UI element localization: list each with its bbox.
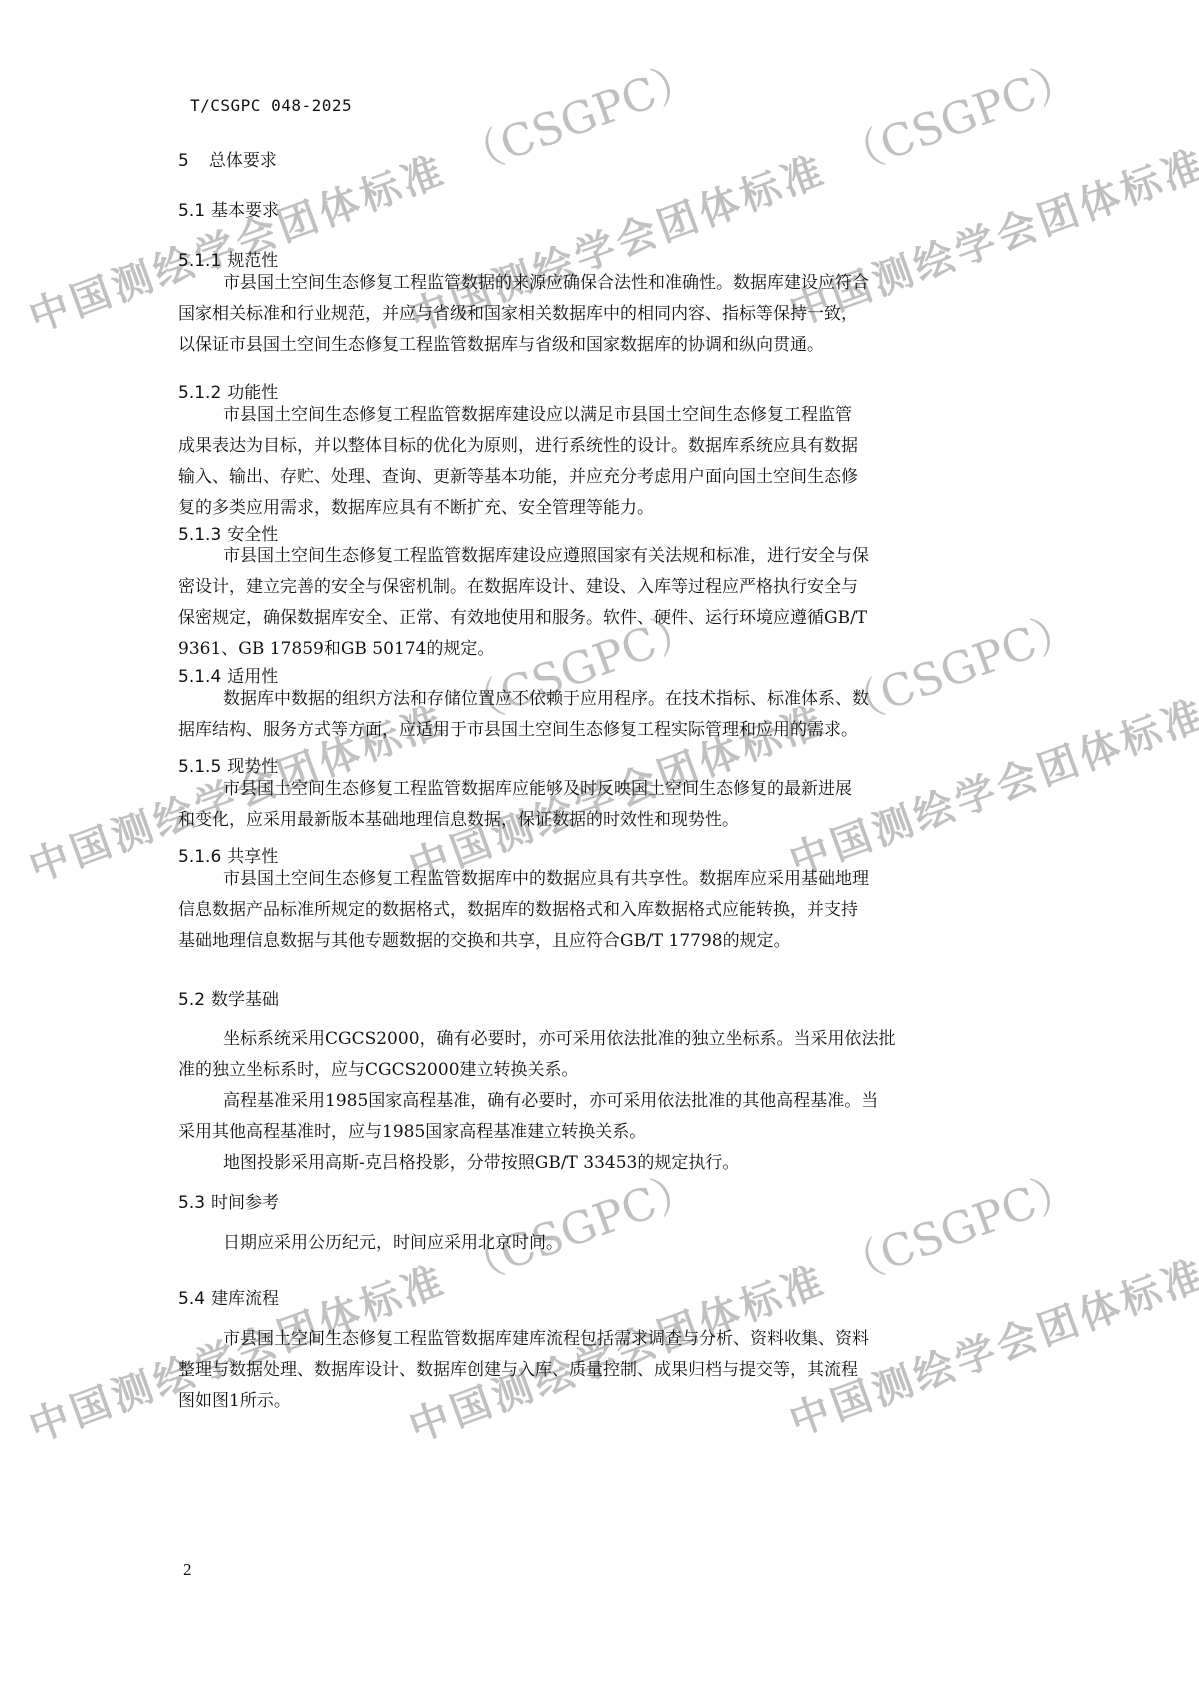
page-number: 2: [183, 1560, 192, 1580]
section-heading: 5.1基本要求: [178, 196, 279, 221]
paragraph: 市县国土空间生态修复工程监管数据库建设应遵照国家有关法规和标准，进行安全与保 密…: [178, 541, 1008, 665]
paragraph: 市县国土空间生态修复工程监管数据的来源应确保合法性和准确性。数据库建设应符合 国…: [178, 268, 1008, 361]
paragraph: 市县国土空间生态修复工程监管数据库建设应以满足市县国土空间生态修复工程监管 成果…: [178, 400, 1008, 524]
paragraph: 市县国土空间生态修复工程监管数据库中的数据应具有共享性。数据库应采用基础地理 信…: [178, 864, 1008, 957]
section-heading: 5.3时间参考: [178, 1188, 279, 1213]
paragraph: 市县国土空间生态修复工程监管数据库建库流程包括需求调查与分析、资料收集、资料 整…: [178, 1324, 1008, 1417]
standard-code: T/CSGPC 048-2025: [190, 96, 352, 115]
paragraph: 市县国土空间生态修复工程监管数据库应能够及时反映国土空间生态修复的最新进展 和变…: [178, 774, 1008, 836]
paragraph: 数据库中数据的组织方法和存储位置应不依赖于应用程序。在技术指标、标准体系、数 据…: [178, 684, 1008, 746]
section-heading: 5总体要求: [178, 146, 277, 171]
section-heading: 5.4建库流程: [178, 1284, 279, 1309]
paragraph: 坐标系统采用CGCS2000，确有必要时，亦可采用依法批准的独立坐标系。当采用依…: [178, 1024, 1008, 1179]
section-heading: 5.2数学基础: [178, 985, 279, 1010]
document-page: 中国测绘学会团体标准（CSGPC） 中国测绘学会团体标准（CSGPC） 中国测绘…: [0, 0, 1199, 1696]
paragraph: 日期应采用公历纪元，时间应采用北京时间。: [178, 1228, 1008, 1259]
